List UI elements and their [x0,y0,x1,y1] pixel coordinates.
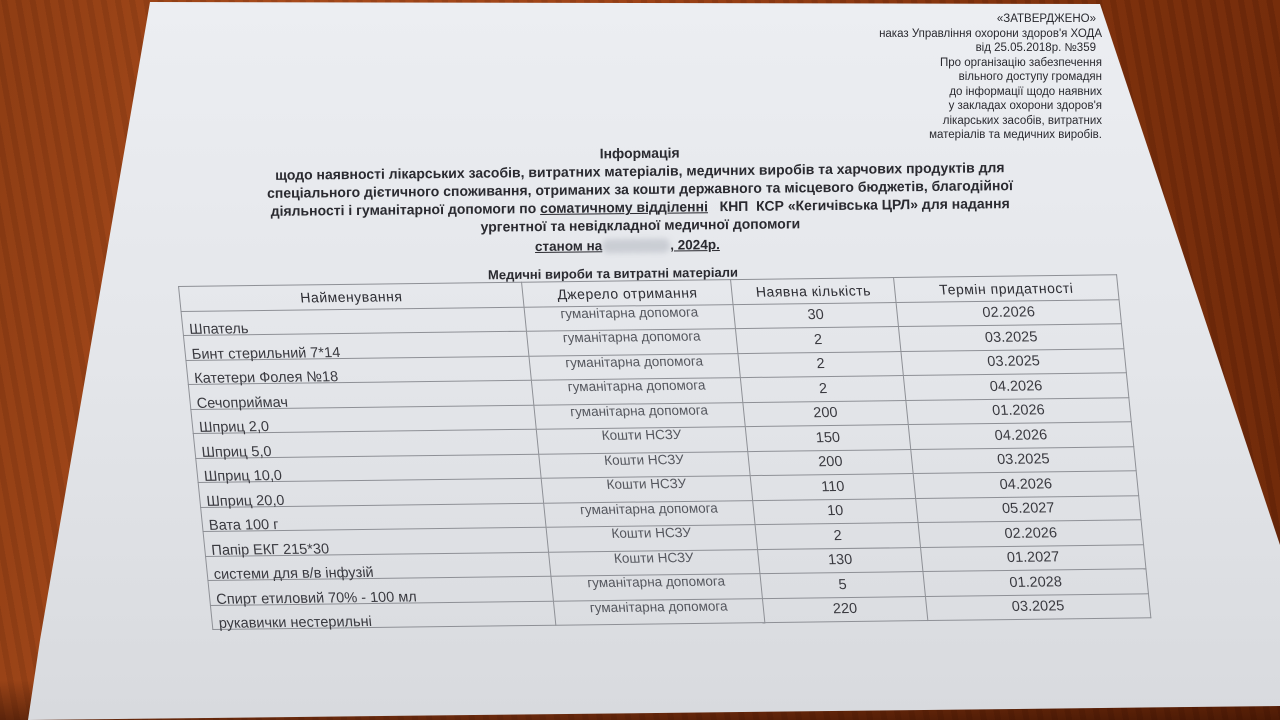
item-name: системи для в/в інфузій [213,565,374,583]
item-source: гуманітарна допомога [579,500,718,517]
approval-line: «ЗАТВЕРДЖЕНО» [742,12,1102,27]
item-expiry-cell: 03.2025 [925,593,1150,620]
item-source-cell: гуманітарна допомога [529,353,740,380]
item-expiry-cell: 04.2026 [903,373,1128,400]
item-expiry-cell: 01.2027 [921,544,1146,571]
item-quantity-cell: 200 [748,449,913,476]
item-quantity-cell: 2 [755,523,920,550]
item-quantity: 150 [815,430,841,446]
item-quantity-cell: 30 [733,302,898,329]
item-source-cell: гуманітарна допомога [551,574,762,601]
item-source-cell: Кошти НСЗУ [549,549,760,576]
item-quantity: 2 [816,356,826,372]
item-source-cell: гуманітарна допомога [531,378,742,405]
item-name: Шприц 20,0 [206,493,285,510]
header-expiry: Термін придатності [894,275,1119,302]
item-source-cell: гуманітарна допомога [524,304,735,331]
item-source: гуманітарна допомога [560,304,699,321]
date-line: станом на, 2024р. [535,237,720,254]
item-expiry: 02.2026 [1004,525,1058,542]
header-quantity: Наявна кількість [731,278,896,305]
item-expiry-cell: 02.2026 [918,520,1143,547]
item-name: Сечоприймач [196,395,289,412]
handwritten-date [602,239,670,254]
item-source: Кошти НСЗУ [606,476,687,492]
item-quantity-cell: 10 [753,498,918,525]
item-source-cell: гуманітарна допомога [553,598,764,625]
approval-line: вільного доступу громадян [742,70,1102,85]
item-quantity-cell: 2 [735,327,900,354]
item-name: рукавички нестерильні [218,614,373,632]
item-quantity-cell: 200 [743,400,908,427]
item-name: Бинт стерильний 7*14 [191,345,341,363]
item-expiry: 04.2026 [989,378,1043,395]
item-expiry: 03.2025 [996,452,1050,469]
item-name: Спирт етиловий 70% - 100 мл [216,589,418,608]
approval-line: Про організацію забезпечення [742,56,1102,71]
inventory-table-wrapper: Найменування Джерело отримання Наявна кі… [178,274,1151,630]
item-source-cell: Кошти НСЗУ [536,427,747,454]
approval-line: до інформації щодо наявних [742,85,1102,100]
inventory-table: Найменування Джерело отримання Наявна кі… [178,274,1151,630]
item-expiry: 04.2026 [994,427,1048,444]
approval-line: лікарських засобів, витратних [742,114,1102,129]
line3-text: діяльності і гуманітарної допомоги по [271,200,541,219]
approval-line: у закладах охорони здоров'я [742,99,1102,114]
header-source: Джерело отримання [522,280,733,307]
item-quantity: 2 [833,528,843,544]
item-source: гуманітарна допомога [569,402,708,419]
item-source-cell: Кошти НСЗУ [539,451,750,478]
item-source: гуманітарна допомога [565,353,704,370]
item-expiry: 01.2028 [1009,574,1063,591]
item-quantity-cell: 2 [740,376,905,403]
item-name: Шприц 5,0 [201,444,272,461]
item-quantity: 2 [818,381,828,397]
item-source: гуманітарна допомога [589,598,728,615]
item-source: Кошти НСЗУ [603,452,684,468]
item-quantity-cell: 2 [738,351,903,378]
item-name: Шприц 10,0 [203,468,282,485]
item-quantity: 200 [813,405,839,421]
item-expiry: 03.2025 [987,354,1041,371]
item-quantity-cell: 130 [758,547,923,574]
item-quantity: 200 [818,454,844,470]
item-expiry-cell: 03.2025 [911,446,1136,473]
item-source-cell: гуманітарна допомога [526,329,737,356]
item-source-cell: Кошти НСЗУ [546,525,757,552]
item-source: Кошти НСЗУ [611,525,692,541]
item-expiry-cell: 04.2026 [908,422,1133,449]
item-quantity-cell: 150 [745,425,910,452]
item-source-cell: Кошти НСЗУ [541,476,752,503]
line3-text-end: КНП КСР «Кегичівська ЦРЛ» для надання [708,195,1010,214]
item-quantity: 2 [813,332,823,348]
date-year: , 2024р. [670,237,720,253]
item-source-cell: гуманітарна допомога [534,402,745,429]
item-expiry: 04.2026 [999,476,1053,493]
item-expiry: 01.2026 [992,403,1046,420]
item-expiry-cell: 01.2026 [906,397,1131,424]
document-content: «ЗАТВЕРДЖЕНО» наказ Управління охорони з… [0,0,1280,720]
item-source-cell: гуманітарна допомога [544,500,755,527]
department-name: соматичному відділенні [540,198,708,216]
item-quantity-cell: 220 [762,596,927,623]
date-prefix: станом на [535,238,602,254]
item-quantity: 110 [821,479,846,495]
item-source: гуманітарна допомога [587,574,726,591]
item-name: Катетери Фолея №18 [194,369,339,387]
item-source: гуманітарна допомога [562,329,701,346]
item-quantity: 220 [832,601,858,617]
item-name: Папір ЕКГ 215*30 [211,541,330,558]
item-expiry: 01.2027 [1006,550,1060,567]
item-expiry: 02.2026 [982,305,1036,322]
approval-line: від 25.05.2018р. №359 [742,41,1102,56]
item-quantity: 130 [827,552,853,568]
item-expiry-cell: 01.2028 [923,569,1148,596]
item-source: Кошти НСЗУ [601,427,682,443]
item-expiry: 03.2025 [984,329,1038,346]
item-quantity: 30 [807,307,825,323]
item-expiry: 05.2027 [1001,501,1055,518]
item-expiry: 03.2025 [1011,599,1065,616]
item-expiry-cell: 02.2026 [896,299,1121,326]
item-expiry-cell: 04.2026 [913,471,1138,498]
item-name: Шпатель [189,321,250,338]
approval-line: наказ Управління охорони здоров'я ХОДА [742,27,1102,42]
item-name: Вата 100 г [208,517,279,534]
item-expiry-cell: 03.2025 [901,348,1126,375]
item-source: Кошти НСЗУ [613,550,694,566]
item-source: гуманітарна допомога [567,378,706,395]
approval-stamp-block: «ЗАТВЕРДЖЕНО» наказ Управління охорони з… [742,12,1102,143]
item-quantity: 10 [826,503,844,519]
item-quantity-cell: 110 [750,474,915,501]
table-body: Шпательгуманітарна допомога3002.2026Бинт… [181,299,1151,629]
document-title-block: Інформація щодо наявності лікарських зас… [160,139,1121,239]
item-expiry-cell: 03.2025 [898,324,1123,351]
item-expiry-cell: 05.2027 [916,495,1141,522]
item-quantity: 5 [838,577,848,593]
item-quantity-cell: 5 [760,572,925,599]
item-name: Шприц 2,0 [198,419,269,436]
